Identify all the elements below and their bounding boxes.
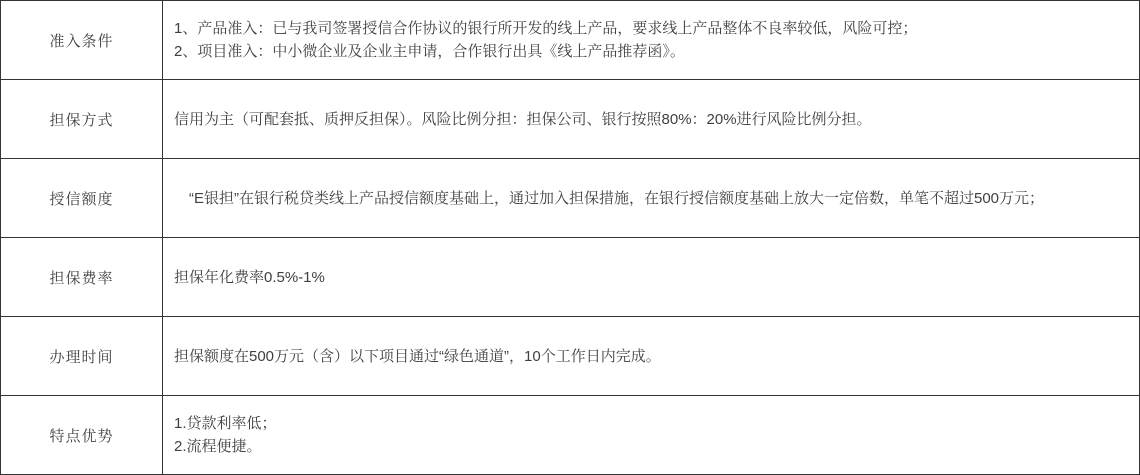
content-line: 信用为主（可配套抵、质押反担保）。风险比例分担：担保公司、银行按照80%：20%…: [174, 108, 1125, 131]
row-label-access-conditions: 准入条件: [1, 1, 163, 80]
row-label-credit-limit: 授信额度: [1, 159, 163, 238]
table-row: 特点优势 1.贷款利率低； 2.流程便捷。: [1, 396, 1140, 475]
row-content-processing-time: 担保额度在500万元（含）以下项目通过“绿色通道”，10个工作日内完成。: [163, 317, 1140, 396]
content-line: 担保年化费率0.5%-1%: [174, 266, 1125, 289]
row-label-guarantee-rate: 担保费率: [1, 238, 163, 317]
content-line: 担保额度在500万元（含）以下项目通过“绿色通道”，10个工作日内完成。: [174, 345, 1125, 368]
content-line: 1、产品准入：已与我司签署授信合作协议的银行所开发的线上产品，要求线上产品整体不…: [174, 17, 1125, 40]
row-content-access-conditions: 1、产品准入：已与我司签署授信合作协议的银行所开发的线上产品，要求线上产品整体不…: [163, 1, 1140, 80]
content-line: “E银担”在银行税贷类线上产品授信额度基础上，通过加入担保措施，在银行授信额度基…: [174, 187, 1125, 210]
row-label-features-advantages: 特点优势: [1, 396, 163, 475]
row-content-guarantee-rate: 担保年化费率0.5%-1%: [163, 238, 1140, 317]
table-row: 授信额度 “E银担”在银行税贷类线上产品授信额度基础上，通过加入担保措施，在银行…: [1, 159, 1140, 238]
row-label-guarantee-method: 担保方式: [1, 80, 163, 159]
row-content-guarantee-method: 信用为主（可配套抵、质押反担保）。风险比例分担：担保公司、银行按照80%：20%…: [163, 80, 1140, 159]
table-row: 担保方式 信用为主（可配套抵、质押反担保）。风险比例分担：担保公司、银行按照80…: [1, 80, 1140, 159]
row-content-credit-limit: “E银担”在银行税贷类线上产品授信额度基础上，通过加入担保措施，在银行授信额度基…: [163, 159, 1140, 238]
table-row: 准入条件 1、产品准入：已与我司签署授信合作协议的银行所开发的线上产品，要求线上…: [1, 1, 1140, 80]
table-row: 担保费率 担保年化费率0.5%-1%: [1, 238, 1140, 317]
content-line: 1.贷款利率低；: [174, 412, 1125, 435]
row-label-processing-time: 办理时间: [1, 317, 163, 396]
content-line: 2.流程便捷。: [174, 435, 1125, 458]
product-info-table: 准入条件 1、产品准入：已与我司签署授信合作协议的银行所开发的线上产品，要求线上…: [0, 0, 1140, 475]
row-content-features-advantages: 1.贷款利率低； 2.流程便捷。: [163, 396, 1140, 475]
table-row: 办理时间 担保额度在500万元（含）以下项目通过“绿色通道”，10个工作日内完成…: [1, 317, 1140, 396]
content-line: 2、项目准入：中小微企业及企业主申请，合作银行出具《线上产品推荐函》。: [174, 40, 1125, 63]
